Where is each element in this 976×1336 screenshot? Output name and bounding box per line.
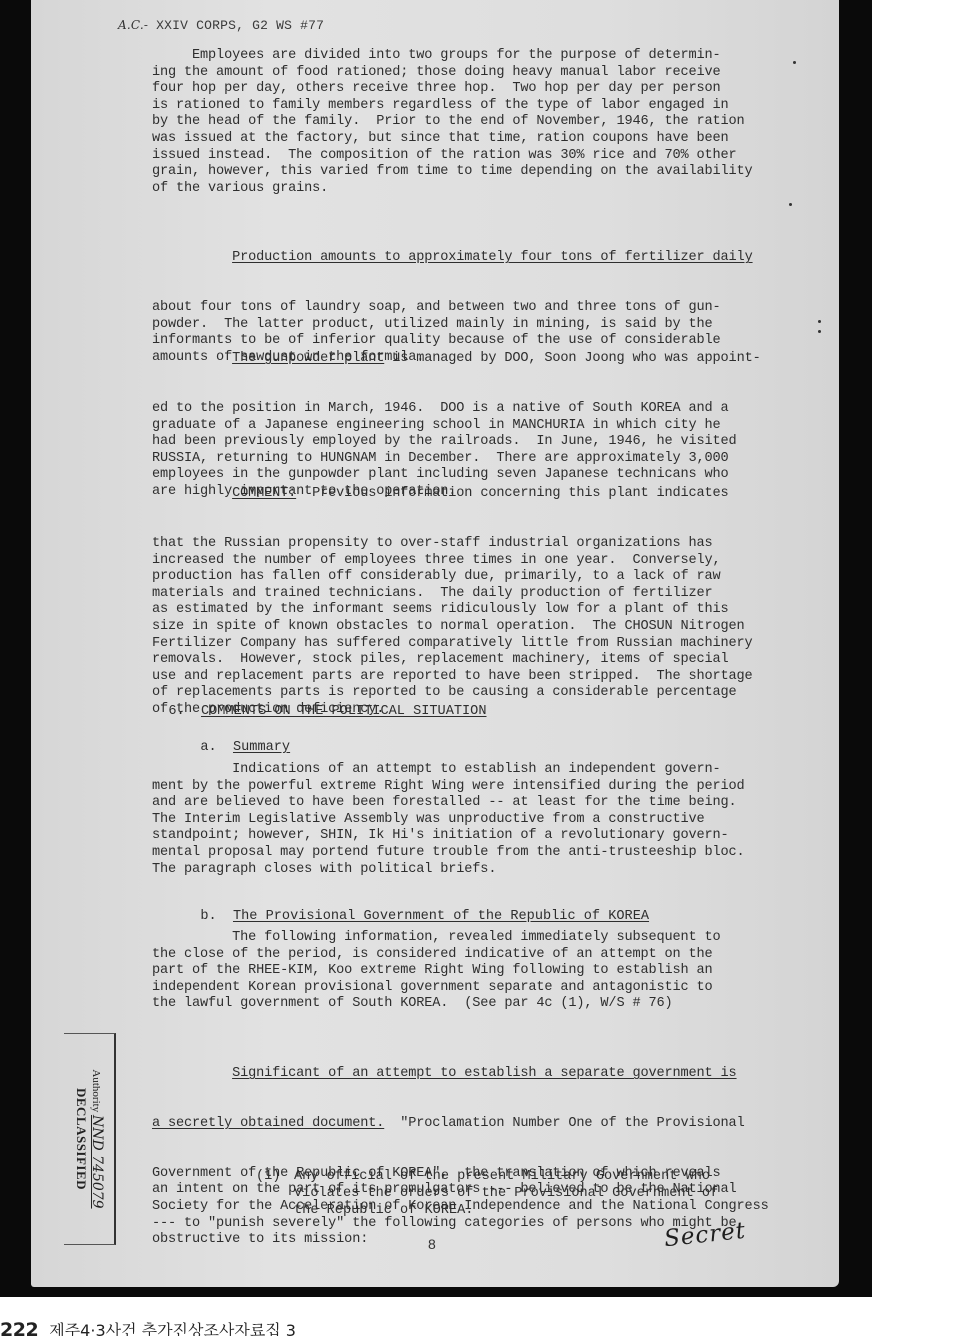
text-line: Fertilizer Company has suffered comparat… [152,636,802,653]
declassified-stamp: DECLASSIFIED Authority NND 745079 [64,1033,116,1245]
subsection-title: Summary [233,740,290,755]
underlined-lead: The gunpowder plant [232,351,384,366]
text-line: materials and trained technicians. The d… [152,586,802,603]
text-line: standpoint; however, SHIN, Ik Hi's initi… [152,828,802,845]
text-line: as estimated by the informant seems ridi… [152,602,802,619]
section-6-heading: 6. COMMENTS ON THE POLITICAL SITUATION [152,689,487,719]
subsection-a-heading: a. Summary [184,725,290,755]
list-text: Any official of the present Military Gov… [294,1168,718,1219]
section-number: 6. [168,704,184,719]
text-line: of the various grains. [152,181,802,198]
subsection-letter: a. [200,740,216,755]
paragraph-summary: Indications of an attempt to establish a… [152,762,802,878]
book-title: 제주4·3사건 추가진상조사자료집 3 [49,1321,296,1336]
text-line: part of the RHEE-KIM, Koo extreme Right … [152,963,802,980]
text-line: Employees are divided into two groups fo… [152,48,802,65]
handwritten-annotation: A.C.- [118,18,148,32]
text-line: size in spite of known obstacles to norm… [152,619,802,636]
text-line: by the head of the family. Prior to the … [152,114,802,131]
text-line: graduate of a Japanese engineering schoo… [152,418,802,435]
text-line: independent Korean provisional governmen… [152,980,802,997]
subsection-letter: b. [200,909,216,924]
section-title: COMMENTS ON THE POLITICAL SITUATION [201,704,487,719]
scan-speck [793,61,796,64]
scan-speck [818,320,821,323]
text-line: ment by the powerful extreme Right Wing … [152,779,802,796]
text-line: removals. However, stock piles, replacem… [152,652,802,669]
text-line: the close of the period, is considered i… [152,947,802,964]
underlined-lead-2: a secretly obtained document. [152,1116,384,1131]
text-line: mental proposal may portend future troub… [152,845,802,862]
paragraph-rations: Employees are divided into two groups fo… [152,48,802,197]
text-line: increased the number of employees three … [152,553,802,570]
paragraph-lead: Production amounts to approximately four… [152,250,802,267]
text-line: The Interim Legislative Assembly was unp… [152,812,802,829]
text-line: is rationed to family members regardless… [152,98,802,115]
text-line: that the Russian propensity to over-staf… [152,536,802,553]
stamp-title: DECLASSIFIED [73,1088,89,1190]
stamp-authority: Authority NND 745079 [89,1069,105,1208]
lead-rest: "Proclamation Number One of the Provisio… [384,1116,744,1131]
underlined-lead: COMMENT: [232,486,296,501]
text-line: had been previously employed by the rail… [152,434,802,451]
text-line: four hop per day, others receive three h… [152,81,802,98]
subsection-b-heading: b. The Provisional Government of the Rep… [184,894,649,924]
text-line: Indications of an attempt to establish a… [152,762,802,779]
underlined-lead: Significant of an attempt to establish a… [232,1066,736,1081]
scan-speck [789,203,792,206]
list-item-1: (1) Any official of the present Military… [256,1168,776,1219]
report-reference: XXIV CORPS, G2 WS #77 [156,18,324,33]
text-line: was issued at the factory, but since tha… [152,131,802,148]
text-line: issued instead. The composition of the r… [152,148,802,165]
paragraph-provisional-government: The following information, revealed imme… [152,930,802,1013]
underlined-lead: Production amounts to approximately four… [232,250,753,265]
text-line: grain, however, this varied from time to… [152,164,802,181]
paragraph-lead-2: a secretly obtained document. "Proclamat… [152,1116,802,1133]
list-number: (1) [256,1168,294,1219]
text-line: ing the amount of food rationed; those d… [152,65,802,82]
book-footer: 222 제주4·3사건 추가진상조사자료집 3 [0,1318,296,1336]
text-line: the lawful government of South KOREA. (S… [152,996,802,1013]
document-header: A.C.- XXIV CORPS, G2 WS #77 [118,18,324,33]
text-line: The following information, revealed imme… [152,930,802,947]
text-line: use and replacement parts are reported t… [152,669,802,686]
lead-rest: Previous information concerning this pla… [296,486,728,501]
page-number: 8 [428,1236,436,1252]
text-line: about four tons of laundry soap, and bet… [152,300,802,317]
authority-label: Authority [90,1069,102,1112]
paragraph-lead: Significant of an attempt to establish a… [152,1066,802,1083]
text-line: production has fallen off considerably d… [152,569,802,586]
authority-value: NND 745079 [89,1115,105,1209]
text-line: ed to the position in March, 1946. DOO i… [152,401,802,418]
text-line: The paragraph closes with political brie… [152,862,802,879]
subsection-title: The Provisional Government of the Republ… [233,909,649,924]
paragraph-lead: The gunpowder plant is managed by DOO, S… [152,351,802,368]
text-line: and are believed to have been forestalle… [152,795,802,812]
book-page-number: 222 [0,1319,38,1336]
paragraph-lead: COMMENT: Previous information concerning… [152,486,802,503]
scan-speck [818,330,821,333]
lead-rest: is managed by DOO, Soon Joong who was ap… [384,351,760,366]
